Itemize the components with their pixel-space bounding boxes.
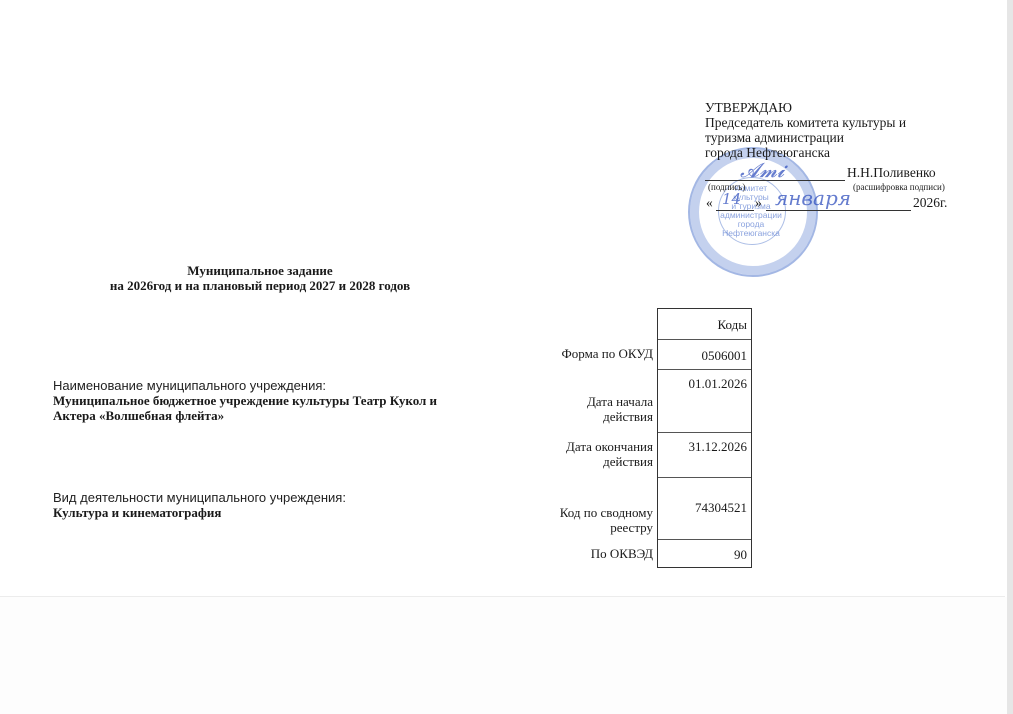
codes-label-text: реестру [533,520,653,535]
codes-table: Коды 0506001 01.01.2026 31.12.2026 74304… [657,308,752,568]
codes-header: Коды [658,309,751,339]
approval-heading: УТВЕРЖДАЮ [705,101,792,116]
handwritten-signature: 𝓐𝓶𝓲 [740,158,784,182]
codes-label-text: Дата начала [533,394,653,409]
codes-label-end-date: Дата окончания действия [533,439,653,469]
codes-label-text: Форма по ОКУД [533,346,653,361]
codes-label-text: Дата окончания [533,439,653,454]
name-caption: (расшифровка подписи) [853,182,945,192]
approval-position-line2: туризма администрации [705,131,844,146]
document-title: Муниципальное задание на 2026год и на пл… [60,263,460,293]
activity-label: Вид деятельности муниципального учрежден… [53,490,346,505]
date-open-quote: « [706,196,713,211]
date-year: 2026г. [913,196,947,211]
codes-label-okved: По ОКВЭД [533,546,653,561]
activity-value: Культура и кинематография [53,505,221,520]
date-month-line [766,210,911,211]
date-close-quote: » [755,196,762,211]
codes-value-registry: 74304521 [658,477,751,539]
codes-label-text: Код по сводному [533,505,653,520]
institution-name-line1: Муниципальное бюджетное учреждение культ… [53,393,437,408]
date-month-handwritten: января [775,186,851,210]
institution-label: Наименование муниципального учреждения: [53,378,326,393]
codes-value-okved: 90 [658,539,751,567]
scroll-gutter [1007,0,1013,714]
codes-label-start-date: Дата начала действия [533,394,653,424]
stamp-line: Нефтеюганска [711,229,791,238]
codes-label-text: По ОКВЭД [533,546,653,561]
codes-value-start-date: 01.01.2026 [658,369,751,432]
codes-value-okud: 0506001 [658,339,751,369]
title-line2: на 2026год и на плановый период 2027 и 2… [60,278,460,293]
codes-label-registry: Код по сводному реестру [533,505,653,535]
institution-name-line2: Актера «Волшебная флейта» [53,408,224,423]
signer-name: Н.Н.Поливенко [847,166,936,181]
page-background [0,597,1007,714]
codes-label-text: действия [533,409,653,424]
approval-position-line1: Председатель комитета культуры и [705,116,906,131]
codes-value-end-date: 31.12.2026 [658,432,751,477]
date-day-handwritten: 14 [722,190,741,208]
title-line1: Муниципальное задание [60,263,460,278]
codes-label-okud: Форма по ОКУД [533,346,653,361]
codes-label-text: действия [533,454,653,469]
date-day-line [716,210,754,211]
